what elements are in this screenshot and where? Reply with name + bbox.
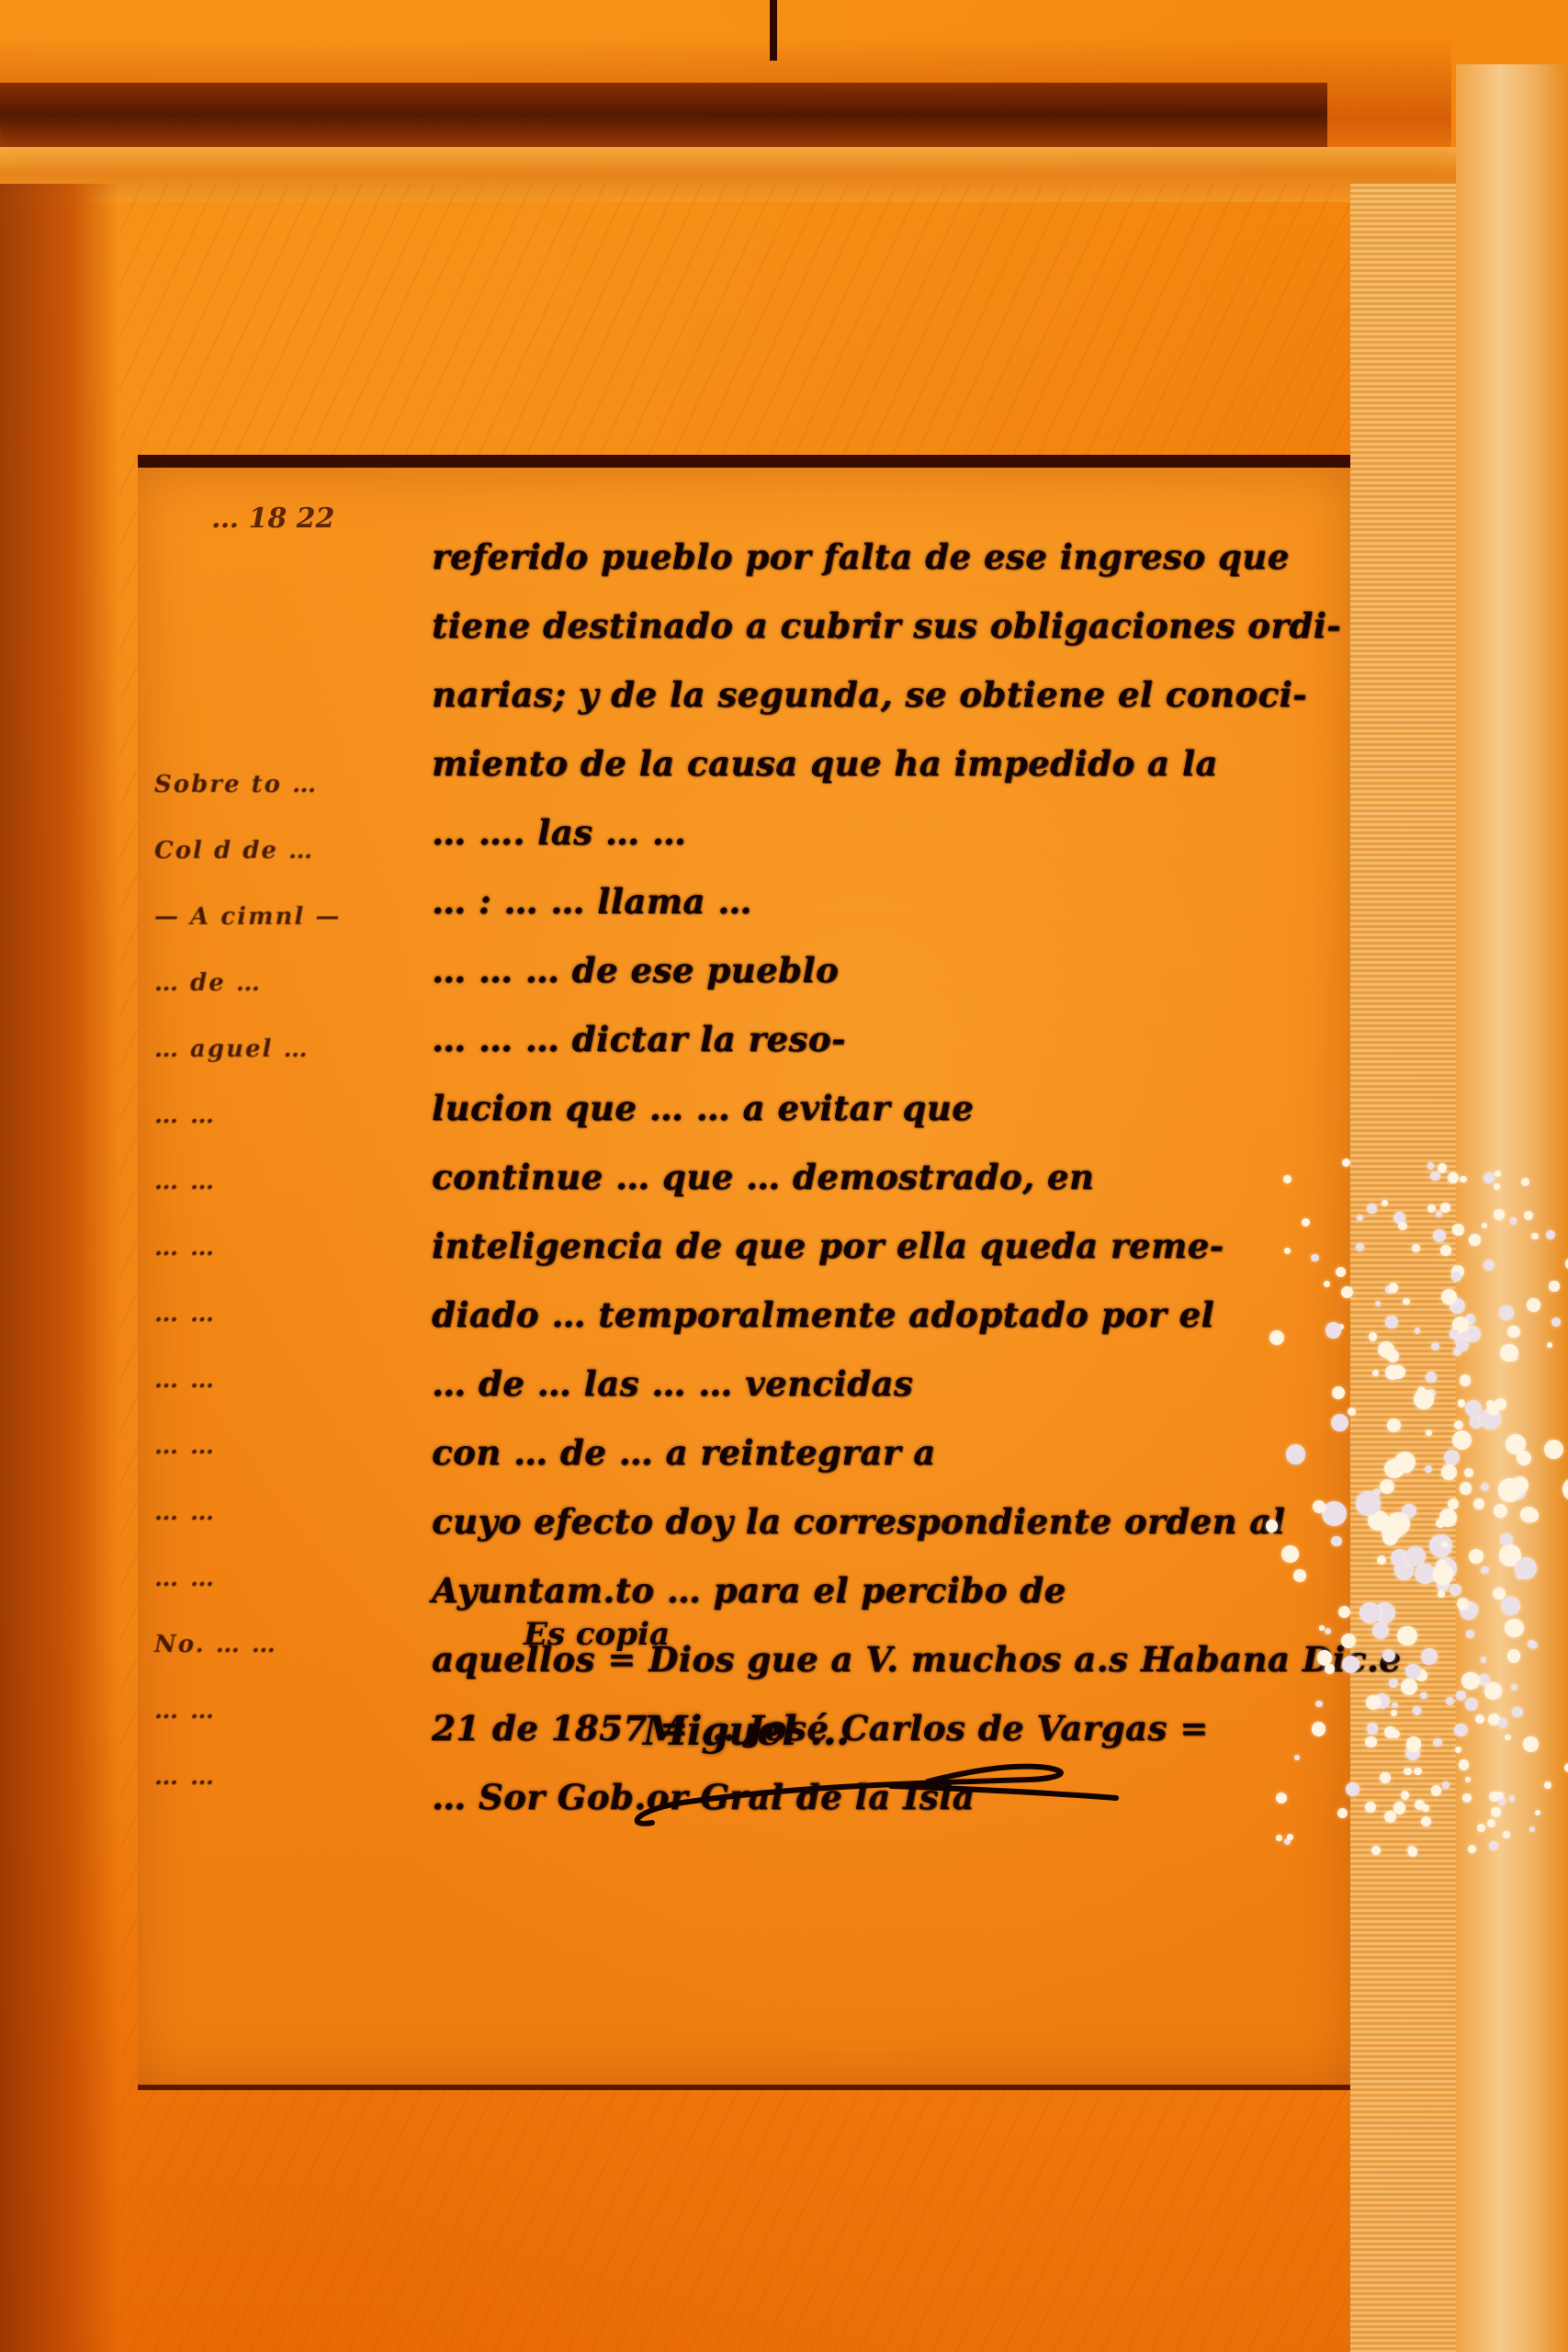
stain-dot <box>1448 1498 1459 1510</box>
stain-dot <box>1495 1170 1502 1178</box>
stain-dot <box>1401 1791 1409 1799</box>
stain-dot <box>1431 1342 1439 1351</box>
left-margin-notes: Sobre to … Col d de … — A cimnl — … de …… <box>154 771 402 1829</box>
stain-dot <box>1408 1847 1418 1857</box>
stain-dot <box>1469 1549 1483 1564</box>
stain-dot <box>1461 1672 1480 1690</box>
stain-dot <box>1452 1224 1463 1235</box>
stain-dot <box>1546 1230 1555 1239</box>
stain-dot <box>1458 1399 1466 1408</box>
text-line: … … … dictar la reso- <box>432 1005 1332 1074</box>
stain-dot <box>1465 1698 1479 1712</box>
stain-dot <box>1451 1272 1461 1282</box>
stain-dot <box>1413 1706 1421 1714</box>
stain-dot <box>1521 1178 1529 1186</box>
stain-dot <box>1494 1183 1500 1190</box>
stain-dot <box>1404 1768 1411 1775</box>
stain-dot <box>1503 1831 1510 1838</box>
stain-dot <box>1427 1204 1436 1213</box>
stain-dot <box>1452 1430 1472 1450</box>
stain-dot <box>1460 1374 1472 1386</box>
stain-dot <box>1527 1298 1540 1312</box>
stain-dot <box>1510 1353 1517 1361</box>
stain-dot <box>1429 1534 1452 1557</box>
document-photo: … 18 22 Sobre to … Col d de … — A cimnl … <box>0 0 1568 2352</box>
stain-dot <box>1531 1233 1538 1239</box>
stain-dot <box>1312 1722 1325 1736</box>
stain-dot <box>1269 1330 1284 1345</box>
stain-dot <box>1387 1419 1401 1432</box>
margin-note: … … <box>154 1102 402 1168</box>
stain-dot <box>1356 1491 1381 1516</box>
stain-dot <box>1529 1826 1536 1833</box>
text-line: … … … de ese pueblo <box>432 936 1332 1005</box>
stain-dot <box>1454 1724 1468 1737</box>
stain-dot <box>1481 1483 1489 1491</box>
stain-dot <box>1438 1560 1447 1569</box>
margin-note: No. … … <box>154 1631 402 1697</box>
stain-dot <box>1438 1163 1447 1172</box>
stain-dot <box>1266 1520 1279 1532</box>
stain-dot <box>1389 1679 1398 1688</box>
stain-dot <box>1471 1604 1478 1611</box>
text-line: referido pueblo por falta de ese ingreso… <box>432 523 1332 592</box>
stain-dot <box>1302 1218 1310 1227</box>
margin-note: … … <box>154 1498 402 1565</box>
stain-dot <box>1342 1656 1359 1673</box>
stain-dot <box>1481 1657 1486 1662</box>
stain-dot <box>1357 1215 1363 1221</box>
stain-dot <box>1322 1501 1347 1526</box>
stain-dot <box>1367 1723 1379 1735</box>
stain-dot <box>1439 1509 1458 1527</box>
stain-dot <box>1524 1211 1533 1220</box>
header-fragment: … 18 22 <box>211 503 334 535</box>
margin-note: … … <box>154 1565 402 1631</box>
stain-dot <box>1425 1465 1432 1473</box>
stain-dot <box>1281 1545 1299 1563</box>
pin-mark <box>770 0 777 61</box>
stain-dot <box>1510 1217 1517 1225</box>
stain-dot <box>1483 1260 1495 1271</box>
stain-dot <box>1446 1697 1455 1706</box>
stain-dot <box>1315 1701 1323 1708</box>
stain-dot <box>1311 1254 1319 1262</box>
stain-dot <box>1415 1328 1421 1334</box>
stain-dot <box>1372 1623 1389 1639</box>
stain-dot <box>1426 1372 1436 1382</box>
stain-dot <box>1487 1819 1495 1827</box>
stain-dot <box>1348 1408 1357 1417</box>
stain-dot <box>1412 1244 1420 1252</box>
stain-dot <box>1336 1267 1346 1277</box>
stain-dot <box>1547 1342 1552 1348</box>
stain-dot <box>1421 1648 1438 1665</box>
stain-dot <box>1460 1482 1472 1495</box>
stain-dot <box>1436 1211 1442 1217</box>
stain-dot <box>1331 1414 1348 1431</box>
stain-dot <box>1372 1370 1378 1375</box>
stain-dot <box>1551 1317 1561 1327</box>
stain-dot <box>1367 1204 1377 1214</box>
stain-dot <box>1520 1507 1536 1522</box>
stain-dot <box>1440 1203 1450 1213</box>
stain-dot <box>1420 1692 1427 1699</box>
signature-flourish-icon <box>615 1736 1130 1837</box>
stain-dot <box>1456 1690 1466 1701</box>
stain-dot <box>1489 1841 1498 1850</box>
stain-dot <box>1284 1248 1291 1254</box>
stain-dot <box>1405 1664 1420 1679</box>
margin-note: Sobre to … <box>154 771 402 837</box>
stain-dot <box>1481 1566 1489 1575</box>
stain-dot <box>1544 1440 1563 1459</box>
binding-band <box>0 83 1327 147</box>
stain-dot <box>1389 1283 1398 1292</box>
stain-dot <box>1401 1679 1417 1695</box>
stain-dot <box>1398 1222 1407 1231</box>
stain-dot <box>1501 1597 1520 1616</box>
stain-dot <box>1341 1286 1354 1299</box>
margin-note: … … <box>154 1697 402 1763</box>
stain-dot <box>1465 1400 1482 1417</box>
stain-dot <box>1365 1736 1377 1748</box>
stain-dot <box>1378 1341 1394 1358</box>
stain-dot <box>1276 1792 1287 1804</box>
stain-dot <box>1505 1735 1511 1741</box>
text-line: lucion que … … a evitar que <box>432 1074 1332 1143</box>
stain-dot <box>1455 1747 1462 1754</box>
closing-phrase: Es copia <box>524 1616 670 1653</box>
stain-dot <box>1394 1452 1416 1474</box>
stain-dot <box>1377 1555 1386 1565</box>
stain-dot <box>1346 1782 1359 1796</box>
stain-dot <box>1283 1175 1292 1183</box>
stain-dot <box>1506 1434 1526 1454</box>
stain-dot <box>1325 1628 1331 1634</box>
stain-dot <box>1286 1444 1305 1464</box>
margin-note: Col d de … <box>154 837 402 903</box>
stain-dot <box>1427 1162 1434 1169</box>
margin-note: … de … <box>154 969 402 1035</box>
stain-dot <box>1523 1736 1539 1752</box>
margin-note: … … <box>154 1432 402 1498</box>
stain-dot <box>1332 1386 1345 1399</box>
stain-dot <box>1509 1795 1515 1801</box>
stain-dot <box>1387 1512 1410 1535</box>
stain-dot <box>1441 1464 1456 1479</box>
stain-dot <box>1460 1176 1466 1182</box>
stain-dot <box>1391 1710 1398 1717</box>
margin-note: … … <box>154 1366 402 1432</box>
stain-dot <box>1454 1420 1464 1430</box>
stain-dot <box>1294 1755 1300 1760</box>
signature: Miguel … <box>615 1708 1130 1837</box>
text-line: narias; y de la segunda, se obtiene el c… <box>432 661 1332 729</box>
stain-dot <box>1384 1811 1396 1823</box>
stain-dot <box>1433 1738 1441 1747</box>
stain-dot <box>1535 1810 1540 1815</box>
margin-note: … … <box>154 1300 402 1366</box>
stain-dot <box>1324 1281 1330 1287</box>
stain-dot <box>1462 1793 1472 1803</box>
stain-dot <box>1511 1684 1517 1690</box>
stain-dot <box>1331 1536 1341 1546</box>
stain-dot <box>1511 1476 1529 1494</box>
margin-note: … … <box>154 1234 402 1300</box>
left-edge-shadow <box>0 184 119 2352</box>
stain-dot <box>1380 1772 1391 1783</box>
stain-dot <box>1366 1695 1381 1710</box>
stain-dot <box>1337 1808 1348 1818</box>
stain-dot <box>1484 1682 1501 1699</box>
stain-dot <box>1515 1557 1537 1579</box>
stain-dot <box>1444 1450 1460 1465</box>
stain-dot <box>1341 1634 1356 1648</box>
stain-dot <box>1494 1504 1507 1518</box>
stain-dot <box>1498 1718 1507 1727</box>
stain-dot <box>1431 1785 1442 1796</box>
stain-dot <box>1385 1365 1400 1380</box>
stain-dot <box>1441 1289 1457 1305</box>
stain-dot <box>1450 1584 1461 1596</box>
stain-dot <box>1464 1468 1472 1476</box>
stain-dot <box>1475 1714 1484 1724</box>
stain-dot <box>1507 1326 1519 1338</box>
stain-dot <box>1392 1702 1398 1709</box>
stain-dot <box>1426 1430 1432 1436</box>
stain-dot <box>1369 1332 1377 1340</box>
stain-dot <box>1414 1768 1421 1775</box>
stain-dot <box>1385 1316 1397 1328</box>
text-line: … : … … llama … <box>432 867 1332 936</box>
stain-dot <box>1382 1649 1395 1662</box>
stain-dot <box>1564 1763 1568 1772</box>
margin-note: … … <box>154 1763 402 1829</box>
stain-dot <box>1465 1777 1471 1782</box>
stain-dot <box>1483 1172 1495 1183</box>
text-line: tiene destinado a cubrir sus obligacione… <box>432 592 1332 661</box>
stain-dot <box>1487 1402 1499 1414</box>
white-spot-stain <box>1167 1139 1568 1874</box>
stain-dot <box>1382 1200 1388 1206</box>
stain-dot <box>1433 1229 1446 1242</box>
stain-dot <box>1505 1619 1523 1637</box>
stain-dot <box>1403 1298 1410 1306</box>
stain-dot <box>1466 1630 1474 1638</box>
margin-note: … aguel … <box>154 1035 402 1102</box>
stain-dot <box>1491 1807 1501 1817</box>
stain-dot <box>1512 1707 1523 1718</box>
stain-dot <box>1457 1598 1469 1610</box>
margin-note: … … <box>154 1168 402 1234</box>
stain-dot <box>1482 1223 1487 1228</box>
stain-dot <box>1342 1159 1350 1167</box>
stain-dot <box>1496 1792 1504 1799</box>
stain-dot <box>1456 1339 1469 1351</box>
stain-dot <box>1287 1834 1293 1840</box>
stain-dot <box>1468 1845 1476 1853</box>
stain-dot <box>1494 1209 1505 1220</box>
stain-dot <box>1438 1590 1445 1598</box>
stain-dot <box>1549 1281 1559 1291</box>
stain-dot <box>1459 1759 1470 1770</box>
stain-dot <box>1441 1542 1447 1547</box>
stain-dot <box>1473 1498 1484 1510</box>
stain-dot <box>1375 1301 1381 1306</box>
stain-dot <box>1531 1643 1537 1648</box>
stain-dot <box>1562 1477 1568 1501</box>
margin-note: — A cimnl — <box>154 903 402 969</box>
stain-dot <box>1544 1781 1551 1789</box>
stain-dot <box>1448 1172 1459 1183</box>
stain-dot <box>1421 1816 1431 1826</box>
stain-dot <box>1469 1234 1480 1245</box>
stain-dot <box>1499 1306 1514 1320</box>
stain-dot <box>1442 1781 1450 1789</box>
stain-dot <box>1440 1245 1451 1256</box>
text-line: miento de la causa que ha impedido a la <box>432 729 1332 798</box>
stain-dot <box>1392 1730 1400 1738</box>
stain-dot <box>1276 1835 1282 1841</box>
stain-dot <box>1319 1625 1325 1631</box>
stain-dot <box>1397 1626 1417 1646</box>
stain-dot <box>1477 1824 1485 1832</box>
stain-dot <box>1380 1479 1395 1495</box>
stain-dot <box>1325 1322 1342 1339</box>
stain-dot <box>1371 1846 1381 1855</box>
stain-dot <box>1414 1389 1434 1409</box>
closing-block: Es copia <box>524 1616 670 1653</box>
stain-dot <box>1406 1736 1422 1752</box>
stain-dot <box>1365 1802 1376 1813</box>
stain-dot <box>1356 1243 1364 1251</box>
text-line: … …. las … … <box>432 798 1332 867</box>
stain-dot <box>1430 1171 1440 1182</box>
stain-dot <box>1293 1569 1306 1582</box>
stain-dot <box>1338 1606 1350 1618</box>
stain-dot <box>1507 1649 1520 1662</box>
